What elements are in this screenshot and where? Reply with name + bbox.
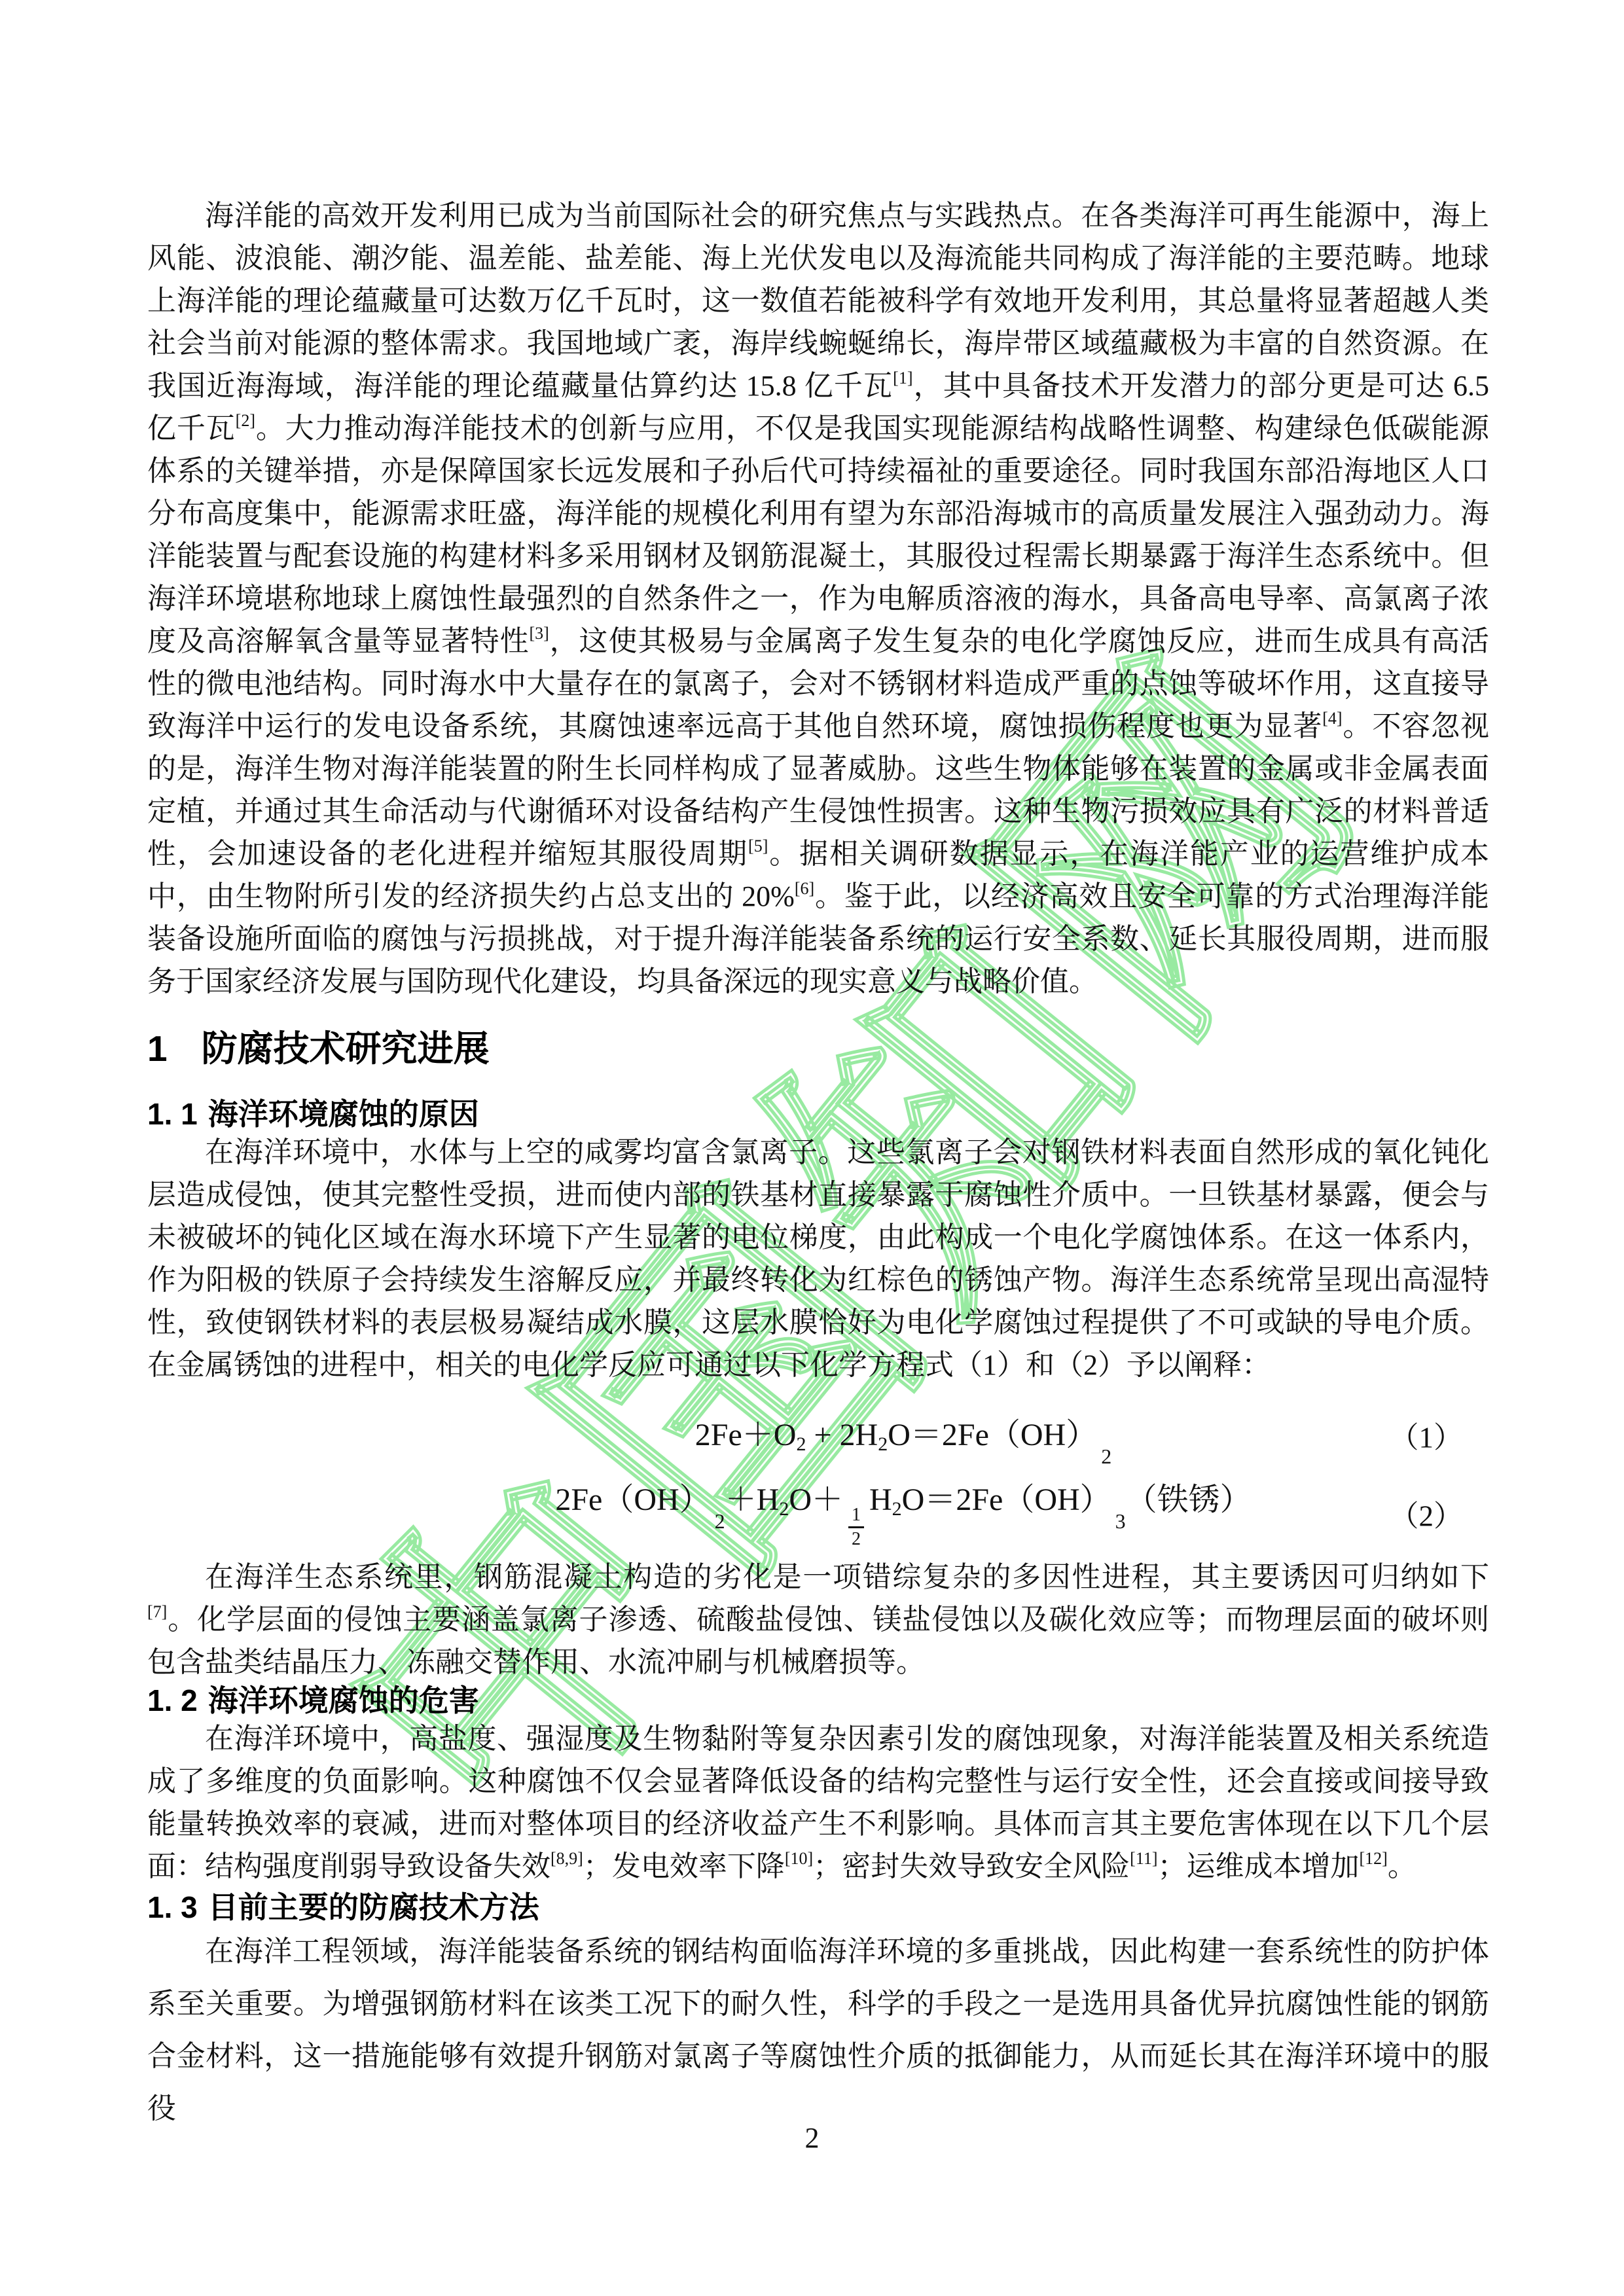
citation-ref: [4] xyxy=(1322,709,1342,728)
page-number: 2 xyxy=(805,2122,820,2154)
section-1-heading: 1防腐技术研究进展 xyxy=(147,1029,1489,1068)
section-1-1-number: 1. 1 xyxy=(147,1097,198,1131)
chem-paren-subscript: 3 xyxy=(1115,1509,1126,1533)
chem-subscript: 2 xyxy=(892,1498,902,1520)
citation-ref: [1] xyxy=(893,368,912,387)
section-1-title: 防腐技术研究进展 xyxy=(202,1028,490,1069)
section-1-2-heading: 1. 2海洋环境腐蚀的危害 xyxy=(147,1683,1489,1717)
fraction-denominator: 2 xyxy=(848,1528,864,1549)
paper-page: { "watermark": { "text": "中国知网", "color"… xyxy=(0,0,1624,2296)
section-1-2-paragraph: 在海洋环境中，高盐度、强湿度及生物黏附等复杂因素引发的腐蚀现象，对海洋能装置及相… xyxy=(147,1717,1489,1888)
section-1-1-paragraph-after-equations: 在海洋生态系统里，钢筋混凝土构造的劣化是一项错综复杂的多因性进程，其主要诱因可归… xyxy=(147,1556,1489,1683)
citation-ref: [12] xyxy=(1360,1849,1388,1868)
equation-1: 2Fe＋O2 + 2H2O＝2Fe（OH）2 （1） xyxy=(147,1401,1489,1475)
citation-ref: [10] xyxy=(785,1849,813,1868)
citation-ref: [2] xyxy=(236,411,255,430)
intro-paragraph: 海洋能的高效开发利用已成为当前国际社会的研究焦点与实践热点。在各类海洋可再生能源… xyxy=(147,194,1489,1003)
section-1-1-heading: 1. 1海洋环境腐蚀的原因 xyxy=(147,1097,1489,1131)
equation-2-label: （2） xyxy=(1389,1502,1463,1532)
fraction-numerator: 1 xyxy=(848,1506,864,1528)
page-footer: 2 xyxy=(0,2122,1624,2155)
section-1-3-paragraph: 在海洋工程领域，海洋能装备系统的钢结构面临海洋环境的多重挑战，因此构建一套系统性… xyxy=(147,1926,1489,2135)
chem-subscript: 2 xyxy=(796,1433,806,1455)
section-1-number: 1 xyxy=(147,1028,168,1069)
chem-paren-subscript: 2 xyxy=(1101,1444,1111,1468)
section-1-2-title: 海洋环境腐蚀的危害 xyxy=(208,1683,479,1717)
citation-ref: [8,9] xyxy=(550,1849,583,1868)
citation-ref: [7] xyxy=(147,1602,167,1621)
fraction: 12 xyxy=(848,1506,864,1549)
section-1-2-number: 1. 2 xyxy=(147,1683,198,1717)
equation-1-label: （1） xyxy=(1389,1424,1463,1453)
equation-2-formula: 2Fe（OH）2＋H2O＋12H2O＝2Fe（OH）3（铁锈） xyxy=(555,1484,1251,1549)
chem-subscript: 2 xyxy=(779,1498,789,1520)
equation-1-formula: 2Fe＋O2 + 2H2O＝2Fe（OH）2 xyxy=(695,1420,1111,1456)
citation-ref: [3] xyxy=(529,624,549,643)
section-1-3-heading: 1. 3目前主要的防腐技术方法 xyxy=(147,1890,1489,1924)
citation-ref: [5] xyxy=(748,836,768,855)
equation-2: 2Fe（OH）2＋H2O＋12H2O＝2Fe（OH）3（铁锈） （2） xyxy=(147,1480,1489,1553)
citation-ref: [6] xyxy=(795,879,814,898)
section-1-1-paragraph: 在海洋环境中，水体与上空的咸雾均富含氯离子。这些氯离子会对钢铁材料表面自然形成的… xyxy=(147,1131,1489,1386)
section-1-3-number: 1. 3 xyxy=(147,1890,198,1924)
section-1-1-title: 海洋环境腐蚀的原因 xyxy=(208,1097,479,1131)
citation-ref: [11] xyxy=(1130,1849,1157,1868)
section-1-3-title: 目前主要的防腐技术方法 xyxy=(208,1890,539,1924)
chem-subscript: 2 xyxy=(878,1433,888,1455)
page-content: 海洋能的高效开发利用已成为当前国际社会的研究焦点与实践热点。在各类海洋可再生能源… xyxy=(147,0,1489,2135)
chem-paren-subscript: 2 xyxy=(715,1509,725,1533)
